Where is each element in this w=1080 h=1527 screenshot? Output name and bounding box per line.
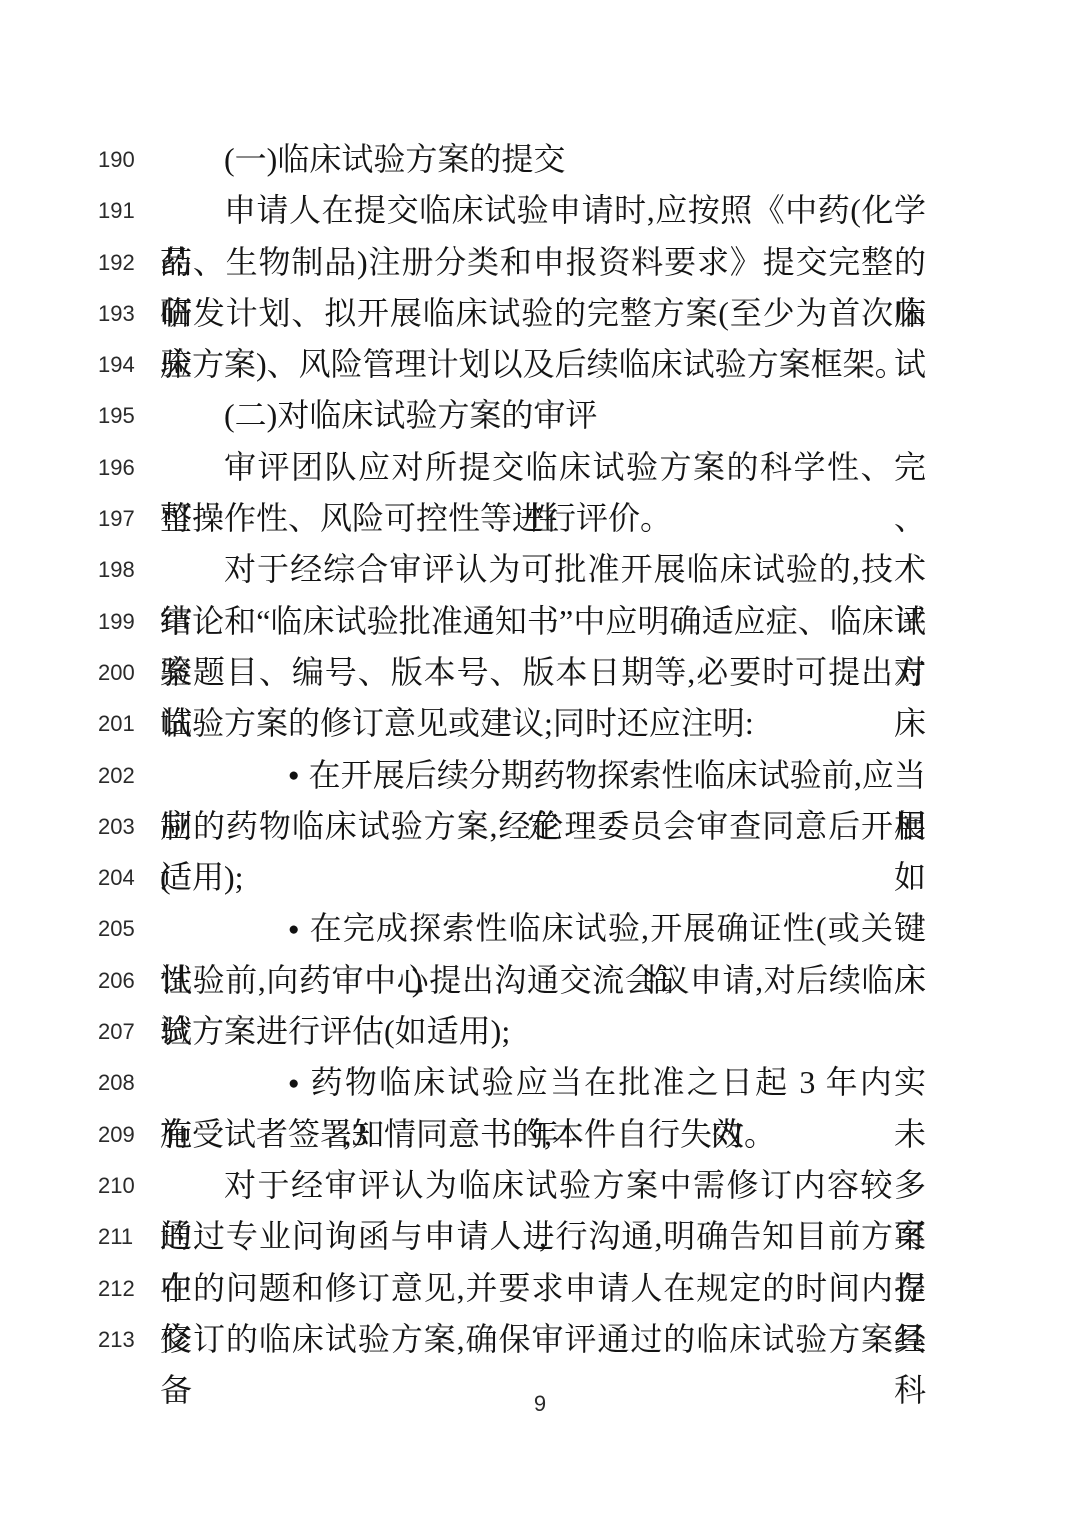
line-number: 212 <box>98 1263 160 1314</box>
line-number: 210 <box>98 1160 160 1211</box>
line-number: 191 <box>98 185 160 236</box>
line-text: 修订的临床试验方案,确保审评通过的临床试验方案具备科 <box>160 1314 926 1365</box>
bullet-icon: ● <box>224 920 299 939</box>
line-text: 对于经审评认为临床试验方案中需修订内容较多的,可 <box>160 1160 926 1211</box>
line-text: ●在开展后续分期药物探索性临床试验前,应当制定相 <box>160 750 926 801</box>
document-line: 205 ●在完成探索性临床试验,开展确证性(或关键性)临床 <box>0 903 1080 954</box>
line-text: 通过专业问询函与申请人进行沟通,明确告知目前方案中存 <box>160 1211 926 1262</box>
document-line: 191 申请人在提交临床试验申请时,应按照《中药(化学药 <box>0 185 1080 236</box>
document-line: 207 验方案进行评估(如适用); <box>0 1006 1080 1057</box>
document-line: 192 品、生物制品)注册分类和申报资料要求》提交完整的临床 <box>0 237 1080 288</box>
page-number: 9 <box>0 1391 1080 1417</box>
line-text: 审评团队应对所提交临床试验方案的科学性、完整性、 <box>160 442 926 493</box>
line-number: 195 <box>98 390 160 441</box>
document-line: 201 试验方案的修订意见或建议;同时还应注明: <box>0 698 1080 749</box>
document-line: 195 (二)对临床试验方案的审评 <box>0 390 1080 441</box>
line-number: 209 <box>98 1109 160 1160</box>
document-line: 198 对于经综合审评认为可批准开展临床试验的,技术审评 <box>0 544 1080 595</box>
document-line: 194 验方案)、风险管理计划以及后续临床试验方案框架。 <box>0 339 1080 390</box>
line-text: 试验前,向药审中心提出沟通交流会议申请,对后续临床试 <box>160 955 926 1006</box>
line-number: 198 <box>98 544 160 595</box>
line-number: 208 <box>98 1057 160 1108</box>
document-line: 197 可操作性、风险可控性等进行评价。 <box>0 493 1080 544</box>
document-line: 208 ●药物临床试验应当在批准之日起 3 年内实施,3 年内未 <box>0 1057 1080 1108</box>
line-text: 有受试者签署知情同意书的,本件自行失效。 <box>160 1109 926 1160</box>
bullet-icon: ● <box>224 766 299 785</box>
line-number: 206 <box>98 955 160 1006</box>
line-text: (二)对临床试验方案的审评 <box>160 390 926 441</box>
line-number: 199 <box>98 596 160 647</box>
document-body: 190 (一)临床试验方案的提交 191 申请人在提交临床试验申请时,应按照《中… <box>0 134 1080 1365</box>
line-text: 结论和“临床试验批准通知书”中应明确适应症、临床试验方 <box>160 596 926 647</box>
document-line: 213 修订的临床试验方案,确保审评通过的临床试验方案具备科 <box>0 1314 1080 1365</box>
document-line: 190 (一)临床试验方案的提交 <box>0 134 1080 185</box>
line-text: 对于经综合审评认为可批准开展临床试验的,技术审评 <box>160 544 926 595</box>
line-number: 205 <box>98 903 160 954</box>
document-line: 202 ●在开展后续分期药物探索性临床试验前,应当制定相 <box>0 750 1080 801</box>
bullet-icon: ● <box>224 1074 299 1093</box>
line-text: 可操作性、风险可控性等进行评价。 <box>160 493 926 544</box>
line-number: 200 <box>98 647 160 698</box>
line-text: 申请人在提交临床试验申请时,应按照《中药(化学药 <box>160 185 926 236</box>
line-text: 验方案)、风险管理计划以及后续临床试验方案框架。 <box>160 339 926 390</box>
line-text: ●在完成探索性临床试验,开展确证性(或关键性)临床 <box>160 903 926 954</box>
line-text: 验方案进行评估(如适用); <box>160 1006 926 1057</box>
line-number: 211 <box>98 1211 160 1262</box>
document-line: 199 结论和“临床试验批准通知书”中应明确适应症、临床试验方 <box>0 596 1080 647</box>
line-text: 应的药物临床试验方案,经伦理委员会审查同意后开展(如 <box>160 801 926 852</box>
document-line: 204 适用); <box>0 852 1080 903</box>
line-number: 203 <box>98 801 160 852</box>
document-line: 212 在的问题和修订意见,并要求申请人在规定的时间内提交经 <box>0 1263 1080 1314</box>
line-number: 202 <box>98 750 160 801</box>
line-number: 207 <box>98 1006 160 1057</box>
line-number: 201 <box>98 698 160 749</box>
line-text: 品、生物制品)注册分类和申报资料要求》提交完整的临床 <box>160 237 926 288</box>
line-number: 204 <box>98 852 160 903</box>
document-line: 193 研发计划、拟开展临床试验的完整方案(至少为首次临床试 <box>0 288 1080 339</box>
line-text: ●药物临床试验应当在批准之日起 3 年内实施,3 年内未 <box>160 1057 926 1108</box>
document-line: 200 案题目、编号、版本号、版本日期等,必要时可提出对临床 <box>0 647 1080 698</box>
line-number: 213 <box>98 1314 160 1365</box>
line-text: (一)临床试验方案的提交 <box>160 134 926 185</box>
document-page: 190 (一)临床试验方案的提交 191 申请人在提交临床试验申请时,应按照《中… <box>0 0 1080 1527</box>
line-text: 在的问题和修订意见,并要求申请人在规定的时间内提交经 <box>160 1263 926 1314</box>
line-number: 192 <box>98 237 160 288</box>
line-number: 193 <box>98 288 160 339</box>
line-number: 196 <box>98 442 160 493</box>
document-line: 209 有受试者签署知情同意书的,本件自行失效。 <box>0 1109 1080 1160</box>
line-text: 试验方案的修订意见或建议;同时还应注明: <box>160 698 926 749</box>
document-line: 211 通过专业问询函与申请人进行沟通,明确告知目前方案中存 <box>0 1211 1080 1262</box>
document-line: 196 审评团队应对所提交临床试验方案的科学性、完整性、 <box>0 442 1080 493</box>
line-text: 案题目、编号、版本号、版本日期等,必要时可提出对临床 <box>160 647 926 698</box>
line-number: 190 <box>98 134 160 185</box>
line-text: 研发计划、拟开展临床试验的完整方案(至少为首次临床试 <box>160 288 926 339</box>
line-text: 适用); <box>160 852 926 903</box>
document-line: 210 对于经审评认为临床试验方案中需修订内容较多的,可 <box>0 1160 1080 1211</box>
line-number: 194 <box>98 339 160 390</box>
line-number: 197 <box>98 493 160 544</box>
document-line: 203 应的药物临床试验方案,经伦理委员会审查同意后开展(如 <box>0 801 1080 852</box>
document-line: 206 试验前,向药审中心提出沟通交流会议申请,对后续临床试 <box>0 955 1080 1006</box>
